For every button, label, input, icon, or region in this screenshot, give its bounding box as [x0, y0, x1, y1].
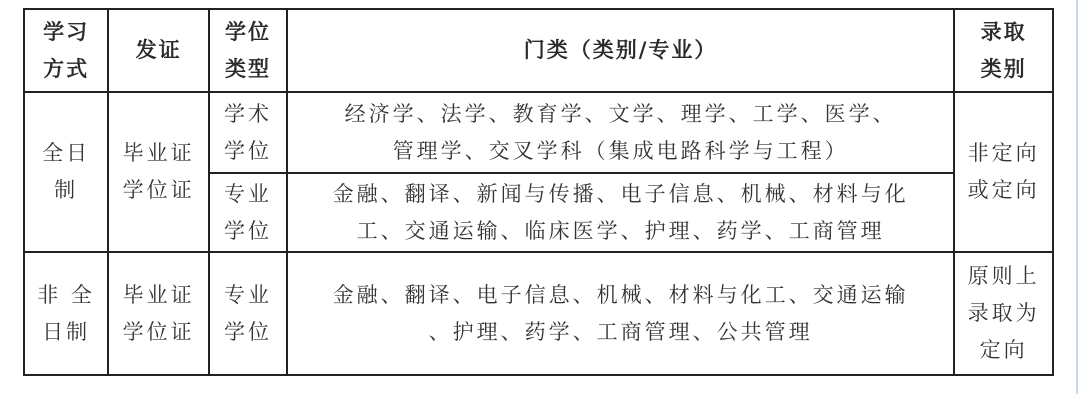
header-text: 发证: [113, 32, 204, 69]
cell-text: 学位证: [113, 314, 204, 351]
table-row-parttime: 非 全 日制 毕业证 学位证 专业 学位 金融、翻译、电子信息、机械、材料与化工…: [24, 252, 1053, 375]
cell-text: 制: [29, 172, 103, 209]
cell-degree-type-parttime: 专业 学位: [209, 252, 287, 375]
cell-certificate-parttime: 毕业证 学位证: [108, 252, 209, 375]
cell-text: 、护理、药学、工商管理、公共管理: [292, 314, 949, 351]
cell-text: 工、交通运输、临床医学、护理、药学、工商管理: [292, 213, 949, 250]
cell-study-mode-parttime: 非 全 日制: [24, 252, 108, 375]
cell-text: 毕业证: [113, 277, 204, 314]
cell-text: 学位: [214, 314, 282, 351]
table-row-fulltime-academic: 全日 制 毕业证 学位证 学术 学位 经济学、法学、教育学、文学、理学、工学、医…: [24, 92, 1053, 173]
cell-text: 金融、翻译、电子信息、机械、材料与化工、交通运输: [292, 277, 949, 314]
page-edge-rule: [1076, 0, 1078, 394]
cell-text: 专业: [214, 176, 282, 213]
cell-text: 或定向: [959, 172, 1048, 209]
cell-certificate-fulltime: 毕业证 学位证: [108, 92, 209, 252]
header-text: 学习: [29, 14, 103, 51]
header-text: 方式: [29, 51, 103, 88]
cell-text: 原则上: [959, 258, 1048, 295]
header-degree-type: 学位 类型: [209, 9, 287, 92]
header-text: 门类（类别/专业）: [292, 32, 949, 69]
header-text: 学位: [214, 14, 282, 51]
cell-text: 非 全: [29, 277, 103, 314]
cell-text: 全日: [29, 135, 103, 172]
cell-text: 专业: [214, 277, 282, 314]
cell-disciplines-professional: 金融、翻译、新闻与传播、电子信息、机械、材料与化 工、交通运输、临床医学、护理、…: [287, 173, 954, 252]
cell-text: 非定向: [959, 135, 1048, 172]
cell-disciplines-parttime: 金融、翻译、电子信息、机械、材料与化工、交通运输 、护理、药学、工商管理、公共管…: [287, 252, 954, 375]
header-certificate: 发证: [108, 9, 209, 92]
cell-disciplines-academic: 经济学、法学、教育学、文学、理学、工学、医学、 管理学、交叉学科（集成电路科学与…: [287, 92, 954, 173]
cell-text: 录取为: [959, 295, 1048, 332]
header-text: 录取: [959, 14, 1048, 51]
cell-degree-type-academic: 学术 学位: [209, 92, 287, 173]
cell-text: 管理学、交叉学科（集成电路科学与工程）: [292, 133, 949, 170]
header-disciplines: 门类（类别/专业）: [287, 9, 954, 92]
cell-text: 学位: [214, 133, 282, 170]
cell-admission-type-parttime: 原则上 录取为 定向: [954, 252, 1053, 375]
header-study-mode: 学习 方式: [24, 9, 108, 92]
cell-text: 金融、翻译、新闻与传播、电子信息、机械、材料与化: [292, 176, 949, 213]
cell-text: 日制: [29, 314, 103, 351]
cell-text: 学位证: [113, 172, 204, 209]
cell-study-mode-fulltime: 全日 制: [24, 92, 108, 252]
admission-table: 学习 方式 发证 学位 类型 门类（类别/专业） 录取 类别 全日 制 毕业证 …: [23, 8, 1054, 376]
cell-text: 经济学、法学、教育学、文学、理学、工学、医学、: [292, 96, 949, 133]
cell-text: 毕业证: [113, 135, 204, 172]
header-text: 类别: [959, 51, 1048, 88]
cell-degree-type-professional: 专业 学位: [209, 173, 287, 252]
header-row: 学习 方式 发证 学位 类型 门类（类别/专业） 录取 类别: [24, 9, 1053, 92]
header-admission-type: 录取 类别: [954, 9, 1053, 92]
cell-text: 定向: [959, 332, 1048, 369]
cell-admission-type-fulltime: 非定向 或定向: [954, 92, 1053, 252]
header-text: 类型: [214, 51, 282, 88]
cell-text: 学位: [214, 213, 282, 250]
cell-text: 学术: [214, 96, 282, 133]
